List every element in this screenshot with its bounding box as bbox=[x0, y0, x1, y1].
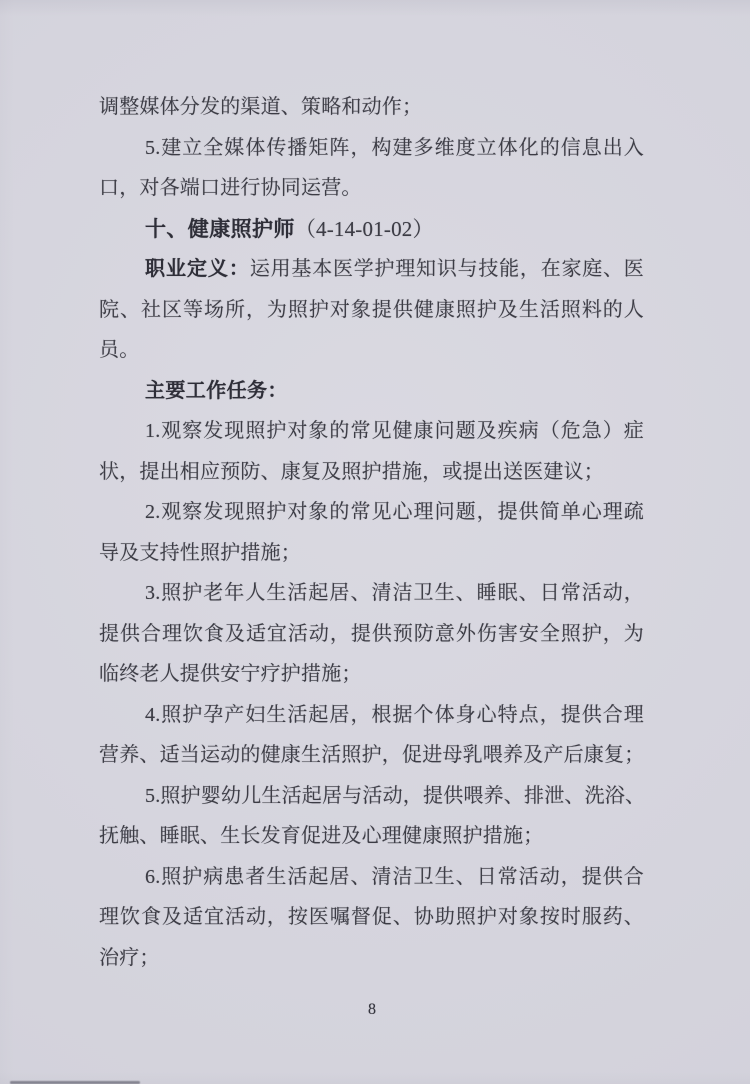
text-line: 导及支持性照护措施； bbox=[99, 533, 644, 574]
text-segment: 院、社区等场所，为照护对象提供健康照护及生活照料的人 bbox=[99, 299, 644, 321]
text-line: 口，对各端口进行协同运营。 bbox=[99, 168, 644, 209]
text-line: 5.建立全媒体传播矩阵，构建多维度立体化的信息出入 bbox=[99, 128, 644, 169]
text-segment: 3.照护老年人生活起居、清洁卫生、睡眠、日常活动， bbox=[145, 582, 644, 604]
heading-line: 十、健康照护师（4-14-01-02） bbox=[99, 209, 644, 250]
text-segment: 治疗； bbox=[99, 947, 160, 969]
text-line: 6.照护病患者生活起居、清洁卫生、日常活动，提供合 bbox=[99, 857, 644, 898]
text-line: 状，提出相应预防、康复及照护措施，或提出送医建议； bbox=[99, 452, 644, 493]
bold-text-segment: 职业定义： bbox=[145, 258, 250, 280]
text-segment: 口，对各端口进行协同运营。 bbox=[99, 177, 362, 199]
text-segment: 运用基本医学护理知识与技能，在家庭、医 bbox=[250, 258, 644, 280]
text-line: 抚触、睡眠、生长发育促进及心理健康照护措施； bbox=[99, 816, 644, 857]
text-line: 提供合理饮食及适宜活动，提供预防意外伤害安全照护，为 bbox=[99, 614, 644, 655]
text-line: 2.观察发现照护对象的常见心理问题，提供简单心理疏 bbox=[99, 492, 644, 533]
text-line: 3.照护老年人生活起居、清洁卫生、睡眠、日常活动， bbox=[99, 573, 644, 614]
text-line: 员。 bbox=[99, 330, 644, 371]
text-segment: 营养、适当运动的健康生活照护，促进母乳喂养及产后康复； bbox=[99, 744, 644, 766]
text-segment: 6.照护病患者生活起居、清洁卫生、日常活动，提供合 bbox=[145, 866, 644, 888]
text-segment: 4.照护孕产妇生活起居，根据个体身心特点，提供合理 bbox=[145, 704, 644, 726]
text-segment: 提供合理饮食及适宜活动，提供预防意外伤害安全照护，为 bbox=[99, 623, 644, 645]
text-line: 理饮食及适宜活动，按医嘱督促、协助照护对象按时服药、 bbox=[99, 897, 644, 938]
text-line: 职业定义：运用基本医学护理知识与技能，在家庭、医 bbox=[99, 249, 644, 290]
text-segment: 理饮食及适宜活动，按医嘱督促、协助照护对象按时服药、 bbox=[99, 906, 644, 928]
text-line: 营养、适当运动的健康生活照护，促进母乳喂养及产后康复； bbox=[99, 735, 644, 776]
text-lines: 调整媒体分发的渠道、策略和动作；5.建立全媒体传播矩阵，构建多维度立体化的信息出… bbox=[99, 87, 644, 978]
text-line: 主要工作任务： bbox=[99, 371, 644, 412]
text-segment: 导及支持性照护措施； bbox=[99, 542, 301, 564]
page-number: 8 bbox=[0, 1001, 744, 1019]
text-segment: 1.观察发现照护对象的常见健康问题及疾病（危急）症 bbox=[145, 420, 644, 442]
text-segment: 员。 bbox=[99, 339, 139, 361]
text-line: 临终老人提供安宁疗护措施； bbox=[99, 654, 644, 695]
text-segment: 状，提出相应预防、康复及照护措施，或提出送医建议； bbox=[99, 461, 604, 483]
bold-text-segment: 十、健康照护师 bbox=[145, 218, 295, 241]
bold-text-segment: 主要工作任务： bbox=[145, 380, 288, 402]
text-line: 5.照护婴幼儿生活起居与活动，提供喂养、排泄、洗浴、 bbox=[99, 776, 644, 817]
text-line: 调整媒体分发的渠道、策略和动作； bbox=[99, 87, 644, 128]
text-block: 调整媒体分发的渠道、策略和动作；5.建立全媒体传播矩阵，构建多维度立体化的信息出… bbox=[99, 87, 644, 978]
text-segment: （4-14-01-02） bbox=[295, 217, 434, 241]
text-segment: 临终老人提供安宁疗护措施； bbox=[99, 663, 362, 685]
text-segment: 5.照护婴幼儿生活起居与活动，提供喂养、排泄、洗浴、 bbox=[145, 785, 645, 807]
text-segment: 抚触、睡眠、生长发育促进及心理健康照护措施； bbox=[99, 825, 543, 847]
text-segment: 调整媒体分发的渠道、策略和动作； bbox=[99, 96, 422, 118]
text-line: 1.观察发现照护对象的常见健康问题及疾病（危急）症 bbox=[99, 411, 644, 452]
text-line: 院、社区等场所，为照护对象提供健康照护及生活照料的人 bbox=[99, 290, 644, 331]
text-segment: 2.观察发现照护对象的常见心理问题，提供简单心理疏 bbox=[145, 501, 644, 523]
text-line: 4.照护孕产妇生活起居，根据个体身心特点，提供合理 bbox=[99, 695, 644, 736]
text-line: 治疗； bbox=[99, 938, 644, 979]
text-segment: 5.建立全媒体传播矩阵，构建多维度立体化的信息出入 bbox=[145, 137, 644, 159]
